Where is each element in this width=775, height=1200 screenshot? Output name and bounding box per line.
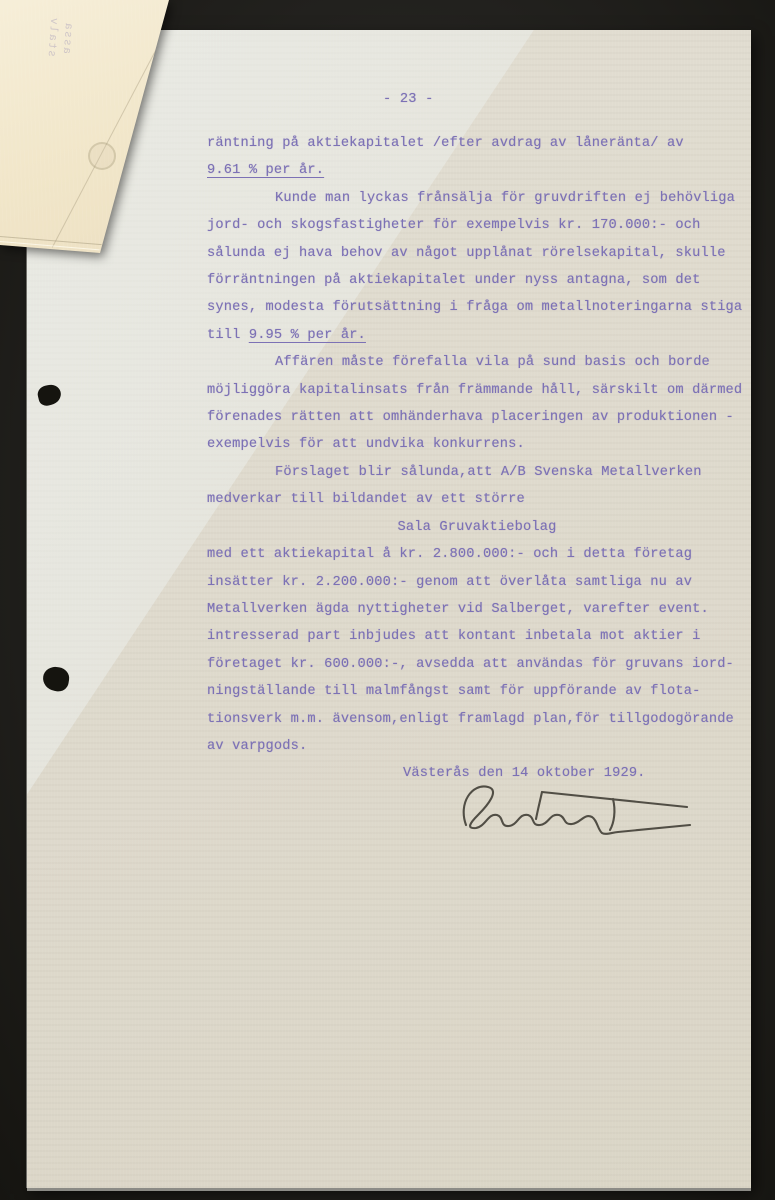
typed-text: med ett aktiekapital å kr. 2.800.000:- o… (207, 547, 692, 562)
typed-text: insätter kr. 2.200.000:- genom att överl… (207, 575, 692, 590)
typed-line: möjliggöra kapitalinsats från främmande … (207, 377, 747, 404)
typed-text: medverkar till bildandet av ett större (207, 492, 525, 507)
typed-line: av varpgods. (207, 733, 747, 760)
typed-line: med ett aktiekapital å kr. 2.800.000:- o… (207, 541, 747, 568)
signature (450, 775, 700, 845)
punch-hole-top (36, 383, 63, 408)
ring-stain (88, 142, 116, 170)
underlined-text: 9.61 % per år. (207, 163, 324, 178)
ink-bleed-through-text: assa stalv (41, 0, 77, 78)
typed-line: 9.61 % per år. (207, 157, 747, 184)
punch-hole-bottom (41, 665, 70, 693)
typed-line: Kunde man lyckas frånsälja för gruvdrift… (207, 185, 747, 212)
typed-line: exempelvis för att undvika konkurrens. (207, 431, 747, 458)
typed-line: intresserad part inbjudes att kontant in… (207, 623, 747, 650)
typed-line: ningställande till malmfångst samt för u… (207, 678, 747, 705)
typed-text: Sala Gruvaktiebolag (398, 520, 557, 535)
typed-line: insätter kr. 2.200.000:- genom att överl… (207, 569, 747, 596)
typed-text: förenades rätten att omhänderhava placer… (207, 410, 734, 425)
typed-text: exempelvis för att undvika konkurrens. (207, 437, 525, 452)
typed-line: räntning på aktiekapitalet /efter avdrag… (207, 130, 747, 157)
typed-text: förräntningen på aktiekapitalet under ny… (207, 273, 700, 288)
typed-line: medverkar till bildandet av ett större (207, 486, 747, 513)
typed-line: till 9.95 % per år. (207, 322, 747, 349)
overlapping-page-corner: assa stalv (0, 0, 210, 272)
typed-text: möjliggöra kapitalinsats från främmande … (207, 383, 742, 398)
typed-text: tionsverk m.m. ävensom,enligt framlagd p… (207, 712, 734, 727)
typed-text: av varpgods. (207, 739, 307, 754)
stacked-sheet-edge (0, 236, 102, 245)
typed-text-block: räntning på aktiekapitalet /efter avdrag… (207, 130, 747, 788)
typed-line: synes, modesta förutsättning i fråga om … (207, 294, 747, 321)
typed-text: företaget kr. 600.000:-, avsedda att anv… (207, 657, 734, 672)
typed-text: Affären måste förefalla vila på sund bas… (275, 355, 710, 370)
typed-text: ningställande till malmfångst samt för u… (207, 684, 700, 699)
scanned-document-background: - 23 - räntning på aktiekapitalet /efter… (0, 0, 775, 1200)
typed-line: förenades rätten att omhänderhava placer… (207, 404, 747, 431)
typed-line: Metallverken ägda nyttigheter vid Salber… (207, 596, 747, 623)
typed-line: Sala Gruvaktiebolag (207, 514, 747, 541)
typed-line: tionsverk m.m. ävensom,enligt framlagd p… (207, 706, 747, 733)
typed-line: sålunda ej hava behov av något upplånat … (207, 240, 747, 267)
typed-line: förräntningen på aktiekapitalet under ny… (207, 267, 747, 294)
typed-text: Metallverken ägda nyttigheter vid Salber… (207, 602, 709, 617)
typed-line: Förslaget blir sålunda,att A/B Svenska M… (207, 459, 747, 486)
typed-text: sålunda ej hava behov av något upplånat … (207, 246, 726, 261)
typed-text: jord- och skogsfastigheter för exempelvi… (207, 218, 700, 233)
typed-text: Förslaget blir sålunda,att A/B Svenska M… (275, 465, 702, 480)
typed-line: jord- och skogsfastigheter för exempelvi… (207, 212, 747, 239)
typed-text: Kunde man lyckas frånsälja för gruvdrift… (275, 191, 735, 206)
typed-text: synes, modesta förutsättning i fråga om … (207, 300, 742, 315)
overlapping-sheet-stack: assa stalv (0, 0, 210, 272)
typed-line: Affären måste förefalla vila på sund bas… (207, 349, 747, 376)
page-number: - 23 - (383, 92, 433, 107)
typed-line: företaget kr. 600.000:-, avsedda att anv… (207, 651, 747, 678)
typed-text: intresserad part inbjudes att kontant in… (207, 629, 700, 644)
typed-text: räntning på aktiekapitalet /efter avdrag… (207, 136, 684, 151)
typed-text: till (207, 328, 249, 343)
underlined-text: 9.95 % per år. (249, 328, 366, 343)
